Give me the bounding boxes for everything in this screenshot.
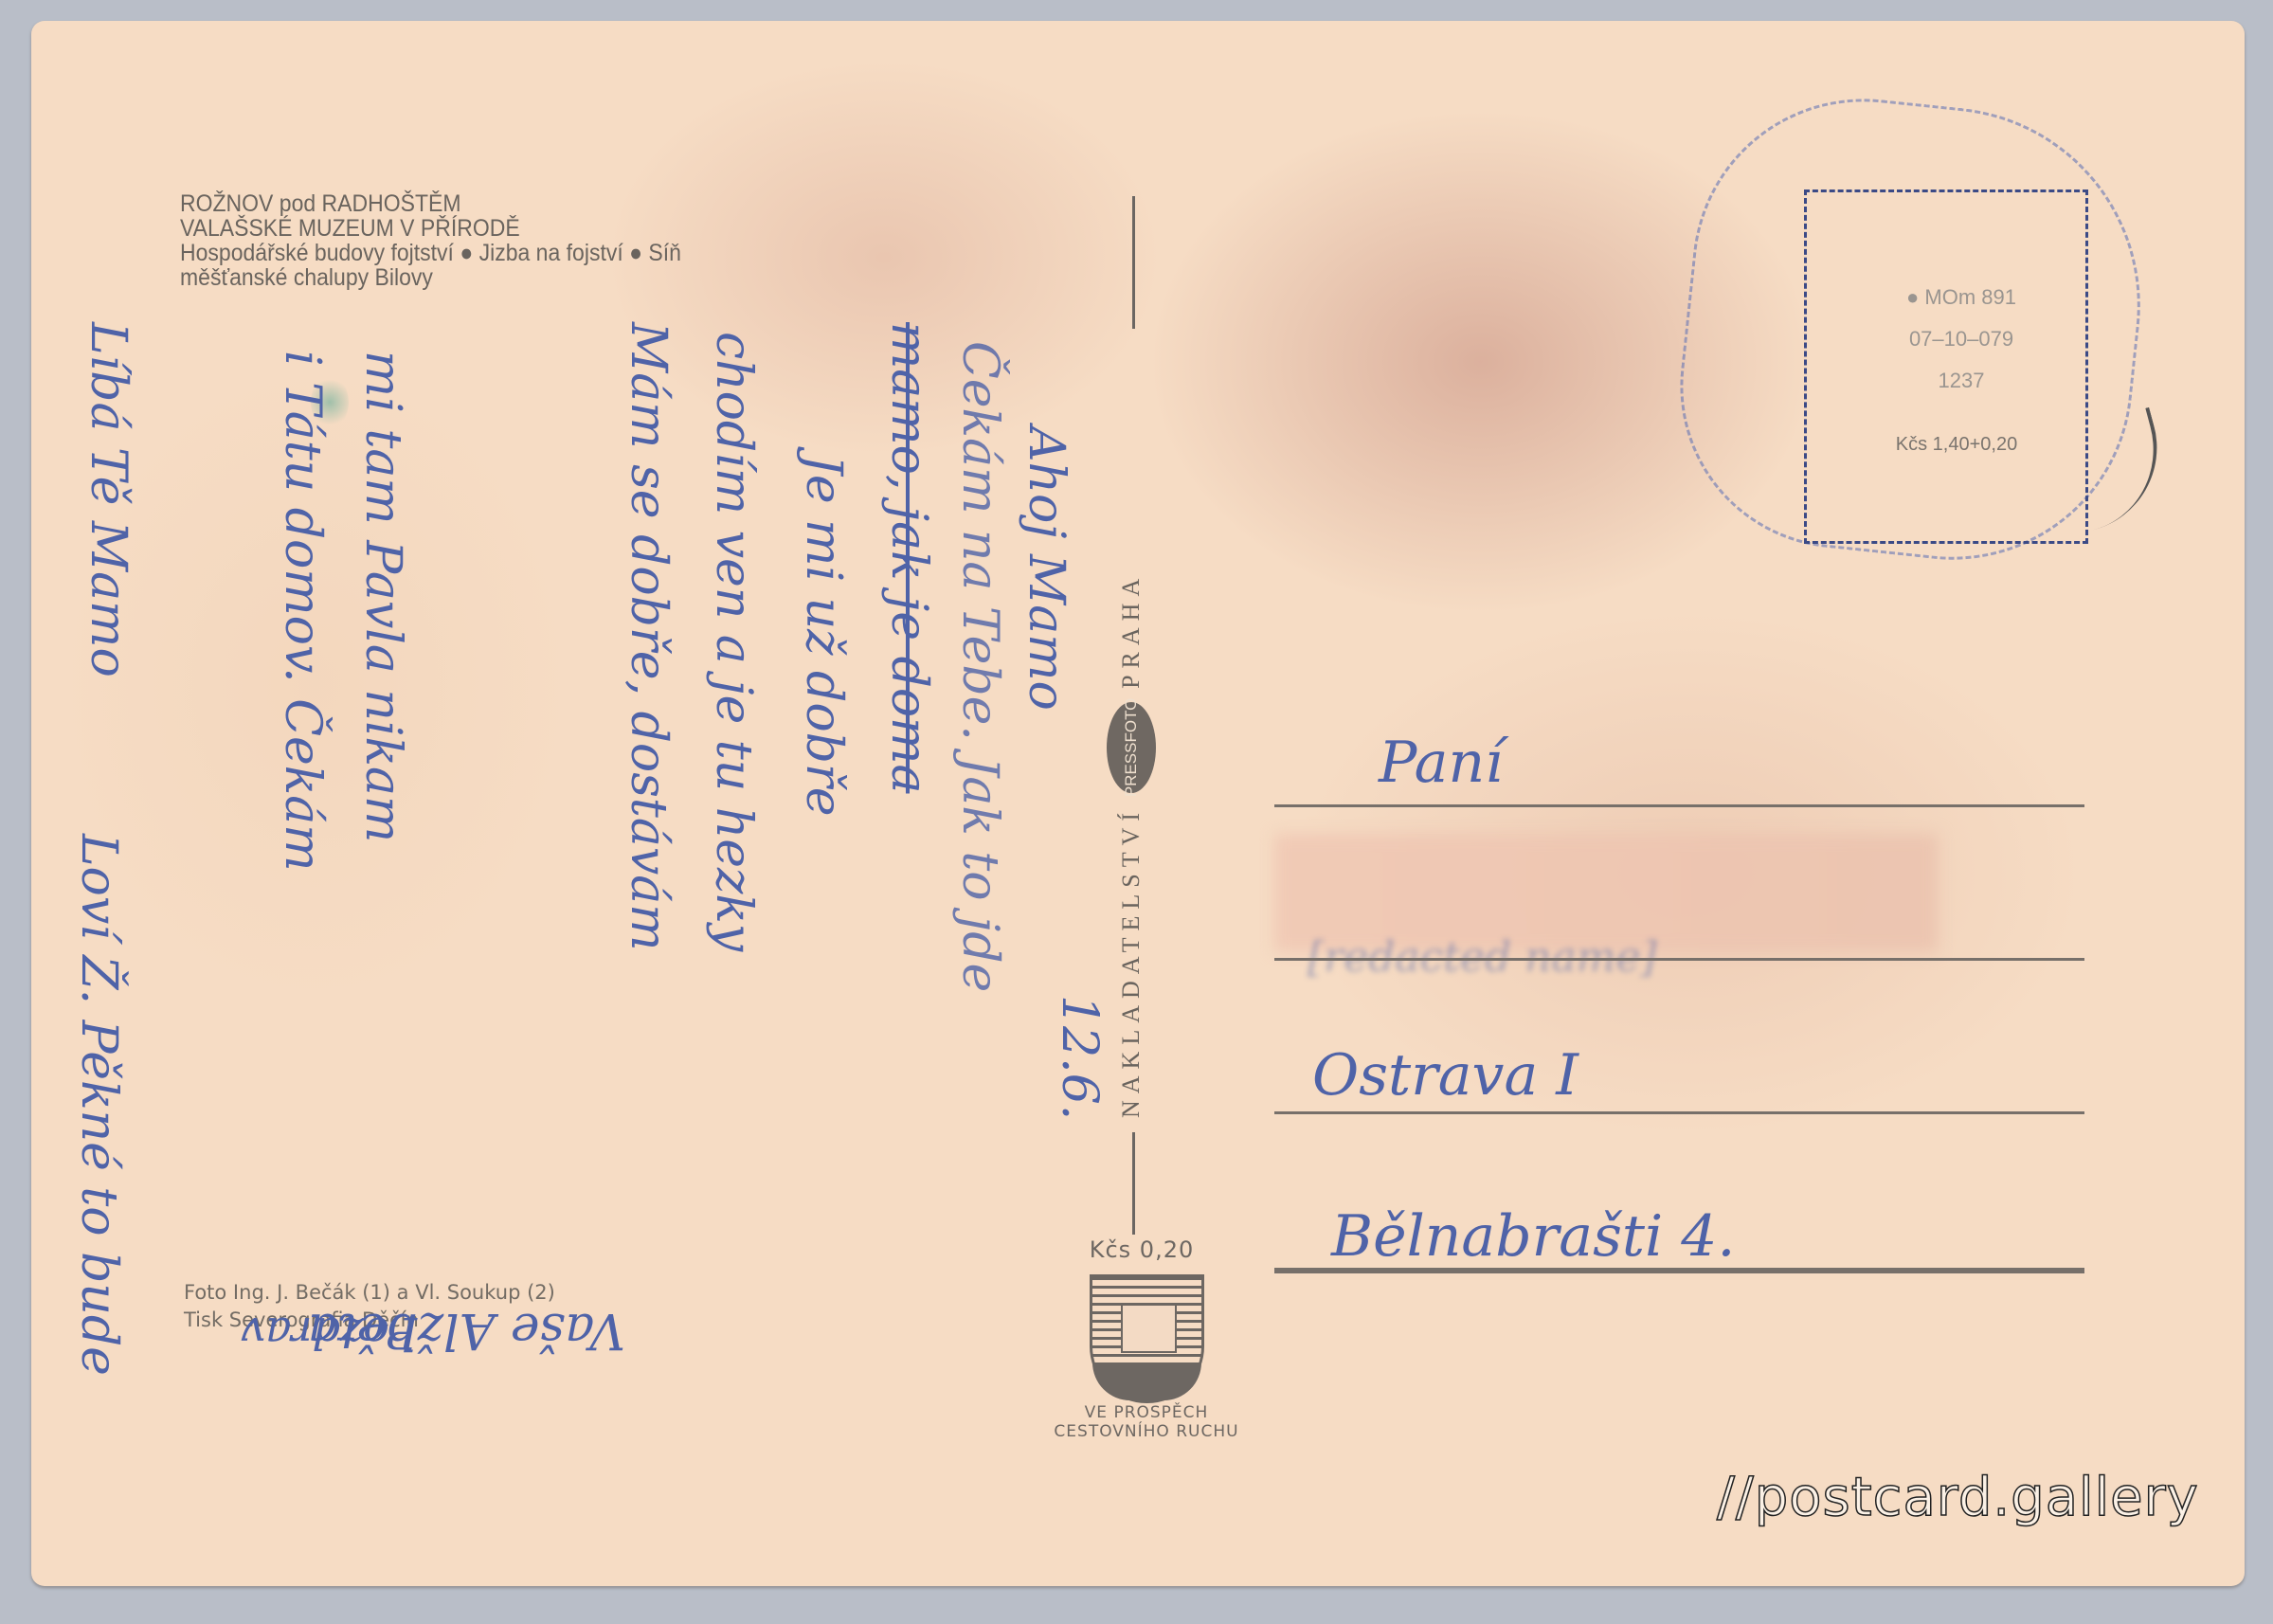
- caption-line: Hospodářské budovy fojtství ● Jizba na f…: [180, 241, 681, 265]
- address-rule: [1274, 958, 2084, 961]
- caption-line: měšťanské chalupy Bilovy: [180, 265, 681, 290]
- publisher-city: PRAHA: [1117, 572, 1146, 689]
- address-line-1: Paní: [1379, 730, 1503, 796]
- message-line: Čekám na Tebe. Jak to jde: [955, 341, 1004, 992]
- address-line-3: Ostrava I: [1312, 1042, 1578, 1109]
- address-rule: [1274, 804, 2084, 807]
- address-rule: [1274, 1268, 2084, 1273]
- castle-crest-icon: [1090, 1274, 1204, 1403]
- message-signoff-2: Pozdrav: [241, 1311, 417, 1355]
- meter-line3: 1237: [1857, 360, 2066, 402]
- caption-line: VALAŠSKÉ MUZEUM V PŘÍRODĚ: [180, 216, 681, 241]
- message-line: chodím ven a je tu hezky: [709, 332, 758, 951]
- address-rule: [1274, 1111, 2084, 1114]
- castle-icon: [1121, 1304, 1177, 1353]
- meter-value: Kčs 1,40+0,20: [1852, 434, 2061, 456]
- postage-meter-text: ● MOm 891 07–10–079 1237: [1857, 277, 2066, 402]
- message-line: mi tam Pavla nikam: [358, 351, 407, 842]
- message-line: Líbá Tě Mamo: [83, 322, 133, 677]
- center-divider-bottom: [1132, 1132, 1135, 1235]
- river-icon: [1092, 1362, 1201, 1400]
- message-line: Je mi už dobře: [799, 455, 848, 817]
- pressfoto-logo-icon: PRESSFOTO: [1107, 702, 1156, 793]
- message-greeting: Ahoj Mamo: [1021, 426, 1071, 711]
- message-line: Mám se dobře, dostávám: [623, 322, 673, 951]
- printed-caption: ROŽNOV pod RADHOŠTĚM VALAŠSKÉ MUZEUM V P…: [180, 191, 681, 290]
- meter-line1: ● MOm 891: [1857, 277, 2066, 318]
- message-date: 12.6.: [1055, 995, 1104, 1120]
- message-line: mamo, jak je doma: [884, 322, 933, 793]
- meter-line2: 07–10–079: [1857, 318, 2066, 360]
- publisher-label: NAKLADATELSTVÍ: [1117, 806, 1146, 1118]
- address-line-4: Bělnabrašti 4.: [1331, 1203, 1735, 1270]
- watermark: //postcard.gallery: [1717, 1467, 2199, 1528]
- message-line: Loví Ž. Pěkné to bude: [74, 834, 123, 1376]
- publisher-imprint: NAKLADATELSTVÍ PRESSFOTO PRAHA: [1107, 572, 1156, 1118]
- center-divider-top: [1132, 196, 1135, 329]
- stamp-price: Kčs 0,20: [1042, 1236, 1241, 1263]
- message-line: i Tátu domov. Čekám: [278, 351, 327, 872]
- tourism-stamp: Kčs 0,20 VE PROSPĚCH CESTOVNÍHO RUCHU: [1042, 1236, 1241, 1416]
- caption-line: ROŽNOV pod RADHOŠTĚM: [180, 191, 681, 216]
- stamp-motto: VE PROSPĚCH CESTOVNÍHO RUCHU: [1052, 1403, 1241, 1441]
